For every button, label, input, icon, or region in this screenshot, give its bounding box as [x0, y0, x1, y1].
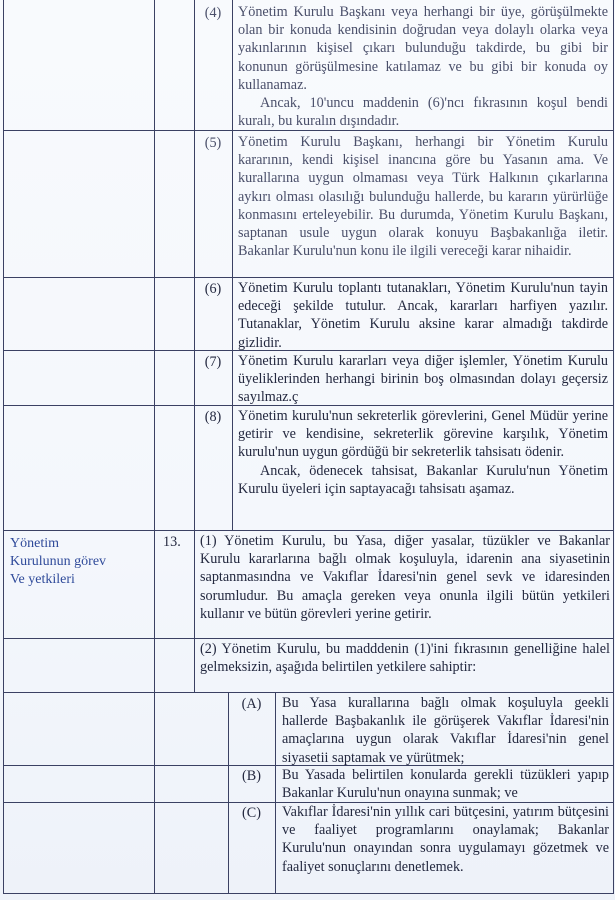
table-border-right — [613, 0, 614, 894]
column-divider — [228, 692, 229, 894]
subsection-number: (6) — [194, 280, 232, 298]
article-paragraph-2: (2) Yönetim Kurulu, bu madddenin (1)'ini… — [200, 640, 610, 676]
article-paragraph-1: (1) Yönetim Kurulu, bu Yasa, diğer yasal… — [200, 532, 610, 623]
paragraph: Yönetim Kurulu toplantı tutanakları, Yön… — [238, 280, 608, 351]
article-number: 13. — [163, 533, 193, 551]
column-divider — [194, 0, 195, 692]
document-page: (4) Yönetim Kurulu Başkanı veya herhangi… — [0, 0, 615, 900]
subsection-text: Yönetim kurulu'nun sekreterlik görevleri… — [238, 407, 608, 498]
paragraph: Yönetim kurulu'nun sekreterlik görevleri… — [238, 408, 608, 460]
paragraph: Yönetim Kurulu Başkanı veya herhangi bir… — [238, 4, 608, 93]
subsection-text: Yönetim Kurulu Başkanı veya herhangi bir… — [238, 3, 608, 130]
column-divider — [275, 692, 276, 894]
article-side-heading: Yönetim Kurulunun görev Ve yetkileri — [10, 535, 150, 589]
subsection-text: Yönetim Kurulu Başkanı, herhangi bir Yön… — [238, 133, 608, 260]
item-label: (A) — [228, 695, 275, 713]
subsection-number: (4) — [194, 4, 232, 22]
subsection-number: (5) — [194, 134, 232, 152]
table-border-left — [3, 0, 4, 894]
side-heading-line: Yönetim — [10, 535, 150, 553]
side-heading-line: Ve yetkileri — [10, 571, 150, 589]
item-label: (C) — [228, 804, 275, 822]
paragraph: Ancak, 10'uncu maddenin (6)'ncı fıkrasın… — [238, 94, 608, 130]
column-divider — [154, 0, 155, 894]
item-text: Vakıflar İdaresi'nin yıllık cari bütçesi… — [282, 803, 609, 876]
item-label: (B) — [228, 767, 275, 785]
subsection-text: Yönetim Kurulu kararları veya diğer işle… — [238, 352, 608, 407]
subsection-text: Yönetim Kurulu toplantı tutanakları, Yön… — [238, 279, 608, 352]
paragraph: Yönetim Kurulu Başkanı, herhangi bir Yön… — [238, 134, 608, 259]
subsection-number: (8) — [194, 408, 232, 426]
side-heading-line: Kurulunun görev — [10, 553, 150, 571]
item-text: Bu Yasada belirtilen konularda gerekli t… — [282, 766, 609, 802]
paragraph: Yönetim Kurulu kararları veya diğer işle… — [238, 353, 608, 405]
subsection-number: (7) — [194, 353, 232, 371]
paragraph: Ancak, ödenecek tahsisat, Bakanlar Kurul… — [238, 462, 608, 498]
column-divider — [232, 0, 233, 530]
table-border-bottom — [3, 893, 614, 894]
item-text: Bu Yasa kurallarına bağlı olmak koşuluyl… — [282, 694, 609, 767]
